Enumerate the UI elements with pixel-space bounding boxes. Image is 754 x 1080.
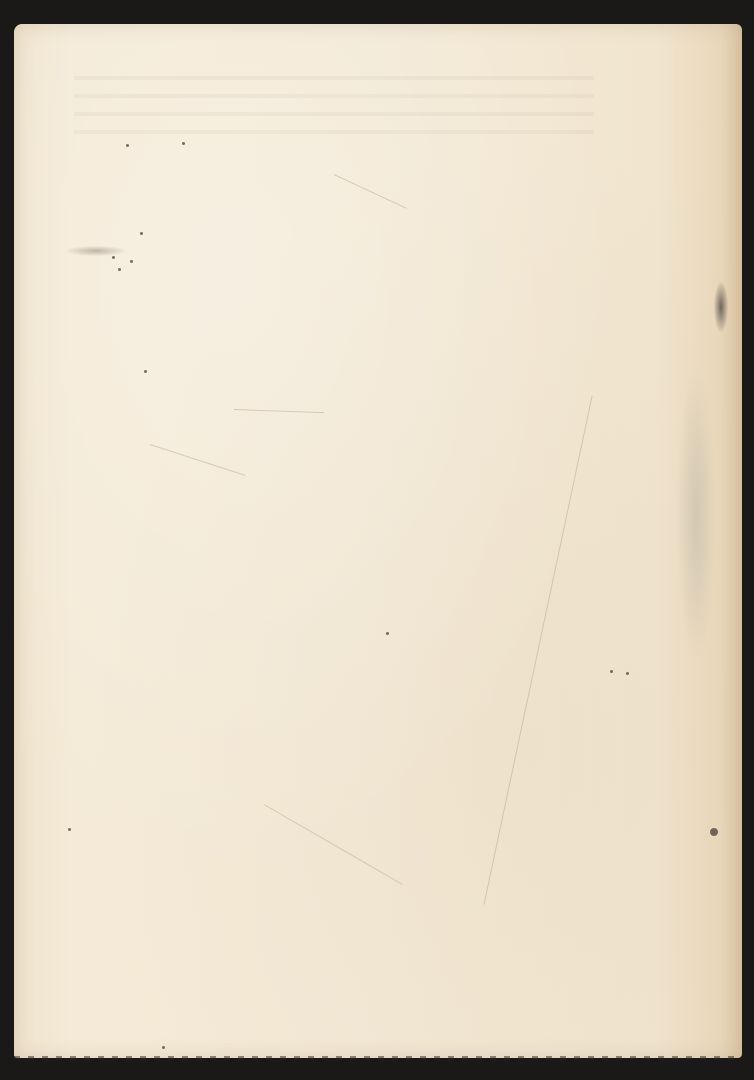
- scan-background: [0, 0, 754, 1080]
- speck: [126, 144, 129, 147]
- speck: [626, 672, 629, 675]
- scratch-mark: [234, 409, 324, 413]
- scratch-mark: [484, 396, 593, 905]
- speck: [130, 260, 133, 263]
- small-stain-spot: [710, 828, 718, 836]
- speck: [386, 632, 389, 635]
- blank-paper-page: [14, 24, 742, 1058]
- speck: [144, 370, 147, 373]
- worn-bottom-edge: [14, 1056, 742, 1060]
- speck: [112, 256, 115, 259]
- speck: [162, 1046, 165, 1049]
- dark-stain-spot: [714, 282, 728, 332]
- speck: [182, 142, 185, 145]
- left-smudge: [66, 246, 126, 256]
- speck: [118, 268, 121, 271]
- speck: [68, 828, 71, 831]
- speck: [610, 670, 613, 673]
- right-edge-stain: [676, 364, 716, 664]
- speck: [140, 232, 143, 235]
- faint-bleed-through-text: [74, 64, 594, 134]
- scratch-mark: [264, 804, 403, 885]
- scratch-mark: [334, 174, 407, 209]
- scratch-mark: [150, 444, 245, 476]
